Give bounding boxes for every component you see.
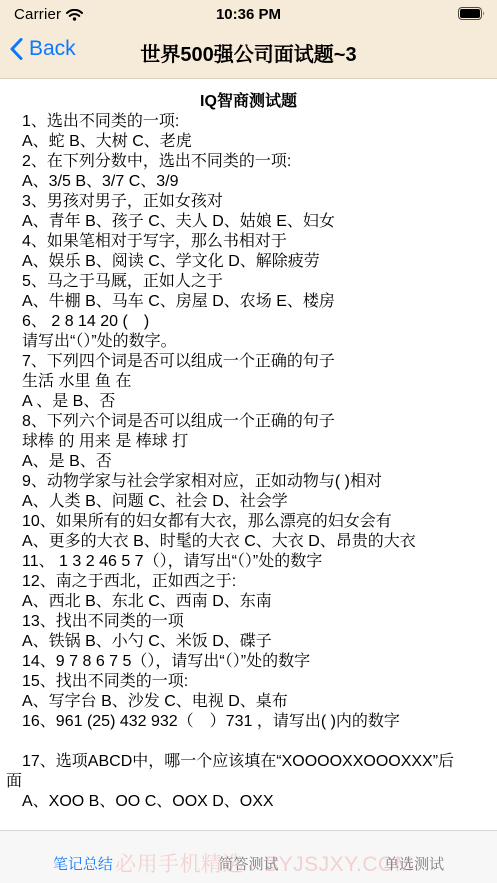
content-line: 14、9 7 8 6 7 5（），请写出“（）”处的数字: [6, 652, 491, 672]
tab-notes-summary[interactable]: 笔记总结: [53, 853, 113, 874]
top-chrome: Carrier 10:36 PM: [0, 0, 497, 79]
content-line: A、更多的大衣 B、时髦的大衣 C、大衣 D、昂贵的大衣: [6, 532, 491, 552]
content-line: 7、下列四个词是否可以组成一个正确的句子: [6, 352, 491, 372]
status-time: 10:36 PM: [0, 6, 497, 23]
content-line: 13、找出不同类的一项: [6, 612, 491, 632]
content-line: A、蛇 B、大树 C、老虎: [6, 132, 491, 152]
content-line: A、西北 B、东北 C、西南 D、东南: [6, 592, 491, 612]
content-line: A、青年 B、孩子 C、夫人 D、姑娘 E、妇女: [6, 212, 491, 232]
content-line: 12、南之于西北，正如西之于:: [6, 572, 491, 592]
content-line: A、铁锅 B、小勺 C、米饭 D、碟子: [6, 632, 491, 652]
chevron-left-icon: [10, 38, 23, 60]
content-line: A、人类 B、问题 C、社会 D、社会学: [6, 492, 491, 512]
content-line: A、是 B、否: [6, 452, 491, 472]
page-title: 世界500强公司面试题~3: [60, 38, 437, 67]
content-line: 6、 2 8 14 20 ( ): [6, 312, 491, 332]
content-line: 11、 1 3 2 46 5 7（），请写出“（）”处的数字: [6, 552, 491, 572]
content-line: 17、选项ABCD中，哪一个应该填在“XOOOOXXOOOXXX”后: [6, 752, 491, 772]
content-line: 球棒 的 用来 是 棒球 打: [6, 432, 491, 452]
content-line: 15、找出不同类的一项:: [6, 672, 491, 692]
nav-bar: Back 世界500强公司面试题~3: [0, 29, 497, 79]
content-scroll-area[interactable]: IQ智商测试题 1、选出不同类的一项: A、蛇 B、大树 C、老虎 2、在下列分…: [0, 80, 497, 830]
battery-icon: [458, 7, 485, 25]
content-line: A、娱乐 B、阅读 C、学文化 D、解除疲劳: [6, 252, 491, 272]
status-bar: Carrier 10:36 PM: [0, 0, 497, 29]
content-line: 生活 水里 鱼 在: [6, 372, 491, 392]
content-line: 3、男孩对男子，正如女孩对: [6, 192, 491, 212]
content-lines: 1、选出不同类的一项: A、蛇 B、大树 C、老虎 2、在下列分数中，选出不同类…: [6, 112, 491, 812]
content-line: A、3/5 B、3/7 C、3/9: [6, 172, 491, 192]
content-line: 2、在下列分数中，选出不同类的一项:: [6, 152, 491, 172]
content-line: 4、如果笔相对于写字，那么书相对于: [6, 232, 491, 252]
content-line: A、牛棚 B、马车 C、房屋 D、农场 E、楼房: [6, 292, 491, 312]
content-heading: IQ智商测试题: [6, 92, 491, 112]
content-line: 5、马之于马厩，正如人之于: [6, 272, 491, 292]
content-line: A 、是 B、否: [6, 392, 491, 412]
tab-bar: 必用手机精选 · BYJSJXY.COM 笔记总结 简答测试 单选测试: [0, 830, 497, 883]
content-line: A、写字台 B、沙发 C、电视 D、桌布: [6, 692, 491, 712]
content-line: 1、选出不同类的一项:: [6, 112, 491, 132]
app-window: Carrier 10:36 PM: [0, 0, 497, 883]
content-line: 面: [6, 772, 491, 792]
content-line: 10、如果所有的妇女都有大衣，那么漂亮的妇女会有: [6, 512, 491, 532]
content-line: [6, 732, 491, 752]
content-line: 16、961 (25) 432 932（ ）731 ，请写出( )内的数字: [6, 712, 491, 732]
tab-short-answer-test[interactable]: 简答测试: [218, 853, 278, 874]
tab-multiple-choice-test[interactable]: 单选测试: [384, 853, 444, 874]
content-line: A、XOO B、OO C、OOX D、OXX: [6, 792, 491, 812]
content-line: 9、动物学家与社会学家相对应，正如动物与( )相对: [6, 472, 491, 492]
content-line: 请写出“（）”处的数字。: [6, 332, 491, 352]
content-line: 8、下列六个词是否可以组成一个正确的句子: [6, 412, 491, 432]
